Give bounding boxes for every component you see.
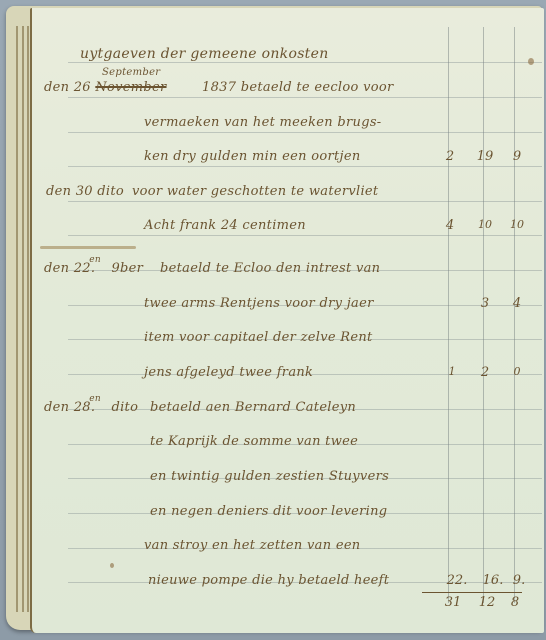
ruled-line (68, 166, 542, 167)
date-superscript: en (89, 394, 101, 404)
amount-stuivers: 10 (472, 218, 498, 231)
entry-line: item voor capitael der zelve Rent (144, 330, 373, 345)
entry-line: en twintig gulden zestien Stuyvers (150, 469, 389, 484)
separator-mark (40, 246, 136, 249)
amount-stuivers: 19 (472, 149, 498, 164)
inserted-month: September (102, 67, 160, 78)
entry-line: Acht frank 24 centimen (144, 218, 306, 233)
column-line-guilders (448, 27, 449, 603)
page-stack-line (22, 26, 24, 612)
amount-guilders: 22. (444, 573, 470, 588)
entry-2-date: den 30 dito (46, 184, 124, 199)
ruled-line (68, 201, 542, 202)
ink-stain (110, 563, 114, 568)
ruled-line (68, 132, 542, 133)
amount-deniers: 0 (504, 365, 530, 378)
amount-guilders: 4 (437, 218, 463, 233)
amount-guilders: 1 (439, 365, 465, 378)
column-line-stuivers (483, 27, 484, 603)
ledger-page: uytgaeven der gemeene onkosten den 26 No… (30, 8, 544, 633)
entry-date-day: den 22. (44, 261, 95, 276)
entry-5-date: den 28.en dito (44, 400, 138, 415)
total-stuivers: 12 (474, 595, 500, 610)
ruled-line (68, 62, 542, 63)
amount-guilders: 2 (437, 149, 463, 164)
entry-line: en negen deniers dit voor levering (150, 504, 387, 519)
struck-month: November (95, 80, 166, 95)
ledger-heading: uytgaeven der gemeene onkosten (80, 46, 329, 62)
entry-date-month: dito (111, 400, 138, 415)
page-stack-line (16, 26, 18, 612)
entry-line: 1837 betaeld te eecloo voor (202, 80, 393, 95)
entry-line: voor water geschotten te watervliet (132, 184, 378, 199)
amount-deniers: 4 (504, 296, 530, 311)
entry-line: betaeld aen Bernard Cateleyn (150, 400, 356, 415)
amount-stuivers: 16. (480, 573, 506, 588)
entry-3-date: den 22.en 9ber (44, 261, 143, 276)
entry-date-day: den 28. (44, 400, 95, 415)
total-deniers: 8 (502, 595, 528, 610)
ink-stain (528, 58, 534, 65)
amount-deniers: 9 (504, 149, 530, 164)
column-line-deniers (514, 27, 515, 603)
amount-stuivers: 2 (472, 365, 498, 380)
page-stack-line (27, 26, 29, 612)
entry-1-date: den 26 November (44, 80, 167, 95)
amount-deniers: 9. (506, 573, 532, 588)
total-rule (422, 592, 522, 593)
total-guilders: 31 (440, 595, 466, 610)
amount-stuivers: 3 (472, 296, 498, 311)
entry-line: nieuwe pompe die hy betaeld heeft (148, 573, 389, 588)
entry-date-month: 9ber (111, 261, 143, 276)
ruled-line (68, 97, 542, 98)
entry-line: ken dry gulden min een oortjen (144, 149, 361, 164)
date-superscript: en (89, 255, 101, 265)
entry-date-day: den 26 (44, 80, 91, 95)
entry-line: te Kaprijk de somme van twee (150, 434, 358, 449)
entry-line: betaeld te Ecloo den intrest van (160, 261, 380, 276)
amount-deniers: 10 (504, 218, 530, 231)
entry-line: vermaeken van het meeken brugs- (144, 115, 382, 130)
entry-line: jens afgeleyd twee frank (144, 365, 313, 380)
entry-line: twee arms Rentjens voor dry jaer (144, 296, 374, 311)
ruled-line (68, 235, 542, 236)
entry-line: van stroy en het zetten van een (144, 538, 360, 553)
